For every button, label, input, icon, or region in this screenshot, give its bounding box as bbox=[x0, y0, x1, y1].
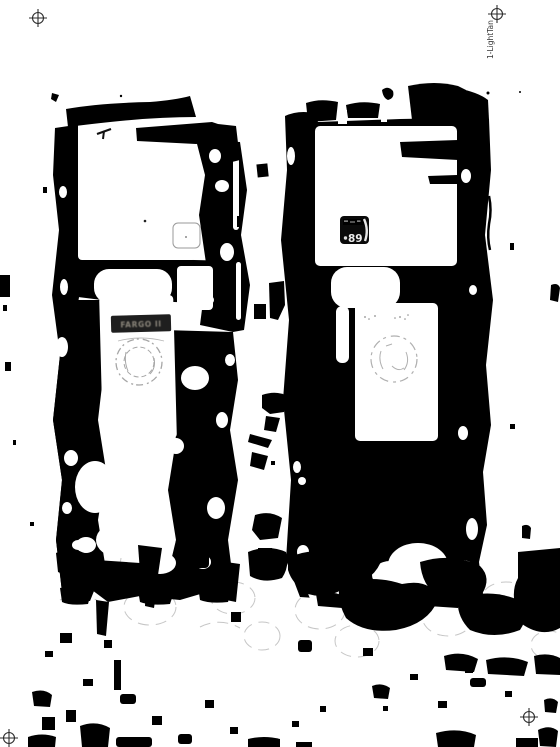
sticker-bullet bbox=[344, 236, 347, 239]
octane-sticker: 89 bbox=[340, 216, 369, 245]
separation-sheet: FARGO II bbox=[0, 0, 560, 747]
right-pump-side-tab bbox=[400, 140, 458, 160]
separation-label: 1-LightTan bbox=[486, 20, 495, 59]
left-pump-brand-text: FARGO II bbox=[120, 319, 162, 329]
artwork-canvas: FARGO II bbox=[0, 0, 560, 747]
right-pump: 89 bbox=[281, 83, 493, 609]
left-pump-brand-plate: FARGO II bbox=[111, 314, 171, 333]
octane-value: 89 bbox=[348, 233, 363, 245]
right-pump-dial-panel bbox=[355, 303, 438, 441]
